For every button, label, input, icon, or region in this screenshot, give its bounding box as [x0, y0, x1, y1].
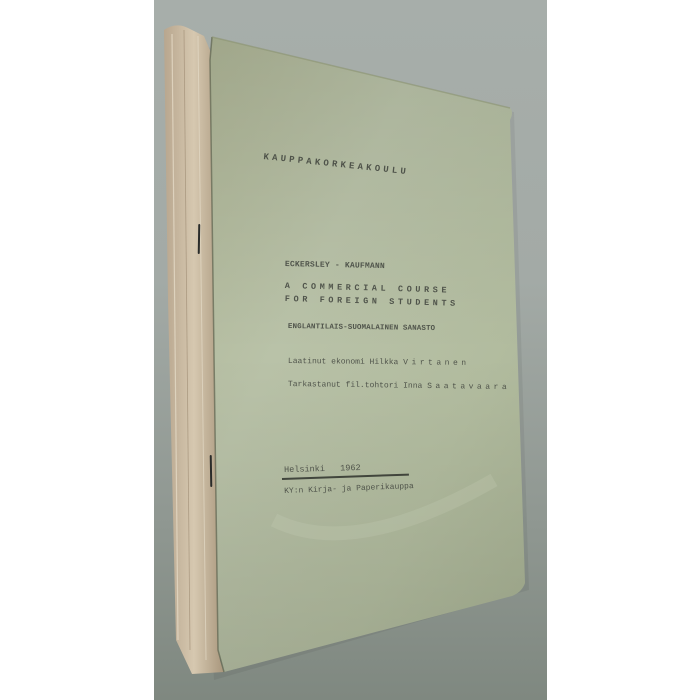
booklet-photo: KAUPPAKORKEAKOULU ECKERSLEY - KAUFMANN A… — [154, 0, 547, 700]
place-year: Helsinki 1962 — [284, 463, 361, 475]
compiled-by-prefix: Laatinut ekonomi Hilkka — [288, 357, 403, 367]
reviewed-by-prefix: Tarkastanut fil.tohtori Inna — [288, 380, 427, 391]
reviewed-by-surname: Saatavaara — [427, 382, 510, 392]
compiled-by-surname: Virtanen — [403, 358, 469, 368]
booklet-shape — [154, 0, 547, 700]
compiled-by-line: Laatinut ekonomi Hilkka Virtanen — [288, 357, 470, 368]
